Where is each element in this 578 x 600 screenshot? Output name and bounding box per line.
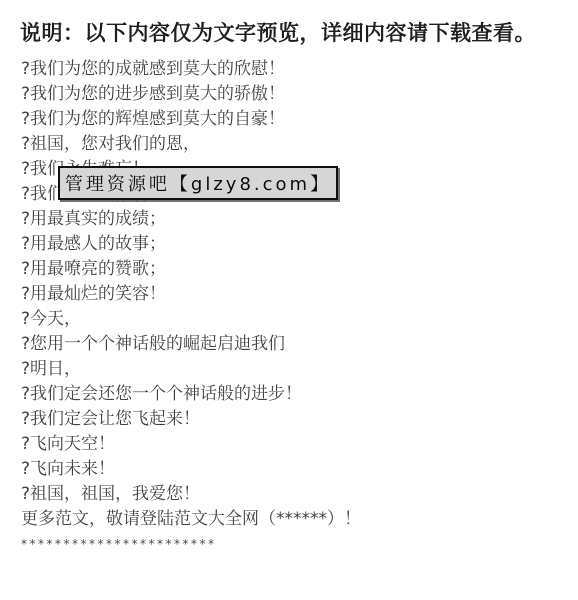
text-line: ?飞向天空！: [21, 432, 561, 457]
text-line: ?祖国，您对我们的恩，: [21, 132, 561, 157]
watermark-text: 管理资源吧【glzy8.com】: [65, 170, 331, 196]
watermark-box: 管理资源吧【glzy8.com】: [58, 166, 338, 200]
dots-line: ***********************: [21, 532, 561, 557]
text-line: ?用最真实的成绩；: [21, 207, 561, 232]
text-line: ?我们定会还您一个个神话般的进步！: [21, 382, 561, 407]
text-line: ?今天，: [21, 307, 561, 332]
text-line: ?飞向未来！: [21, 457, 561, 482]
text-line: ?我们定会让您飞起来！: [21, 407, 561, 432]
text-line: ?用最灿烂的笑容！: [21, 282, 561, 307]
document-preview-page: 说明：以下内容仅为文字预览，详细内容请下载查看。 ?我们为您的成就感到莫大的欣慰…: [0, 0, 578, 600]
preview-notice-heading: 说明：以下内容仅为文字预览，详细内容请下载查看。: [20, 17, 536, 47]
text-line: ?我们为您的成就感到莫大的欣慰！: [21, 57, 561, 82]
text-line: ?祖国，祖国，我爱您！: [21, 482, 561, 507]
text-line: ?我们为您的辉煌感到莫大的自豪！: [21, 107, 561, 132]
text-line: ?您用一个个神话般的崛起启迪我们: [21, 332, 561, 357]
footer-note-line: 更多范文，敬请登陆范文大全网（******）！: [21, 507, 561, 532]
text-line: ?我们为您的进步感到莫大的骄傲！: [21, 82, 561, 107]
text-line: ?用最感人的故事；: [21, 232, 561, 257]
preview-text-body: ?我们为您的成就感到莫大的欣慰！ ?我们为您的进步感到莫大的骄傲！ ?我们为您的…: [21, 57, 561, 557]
text-line: ?明日，: [21, 357, 561, 382]
text-line: ?用最嘹亮的赞歌；: [21, 257, 561, 282]
